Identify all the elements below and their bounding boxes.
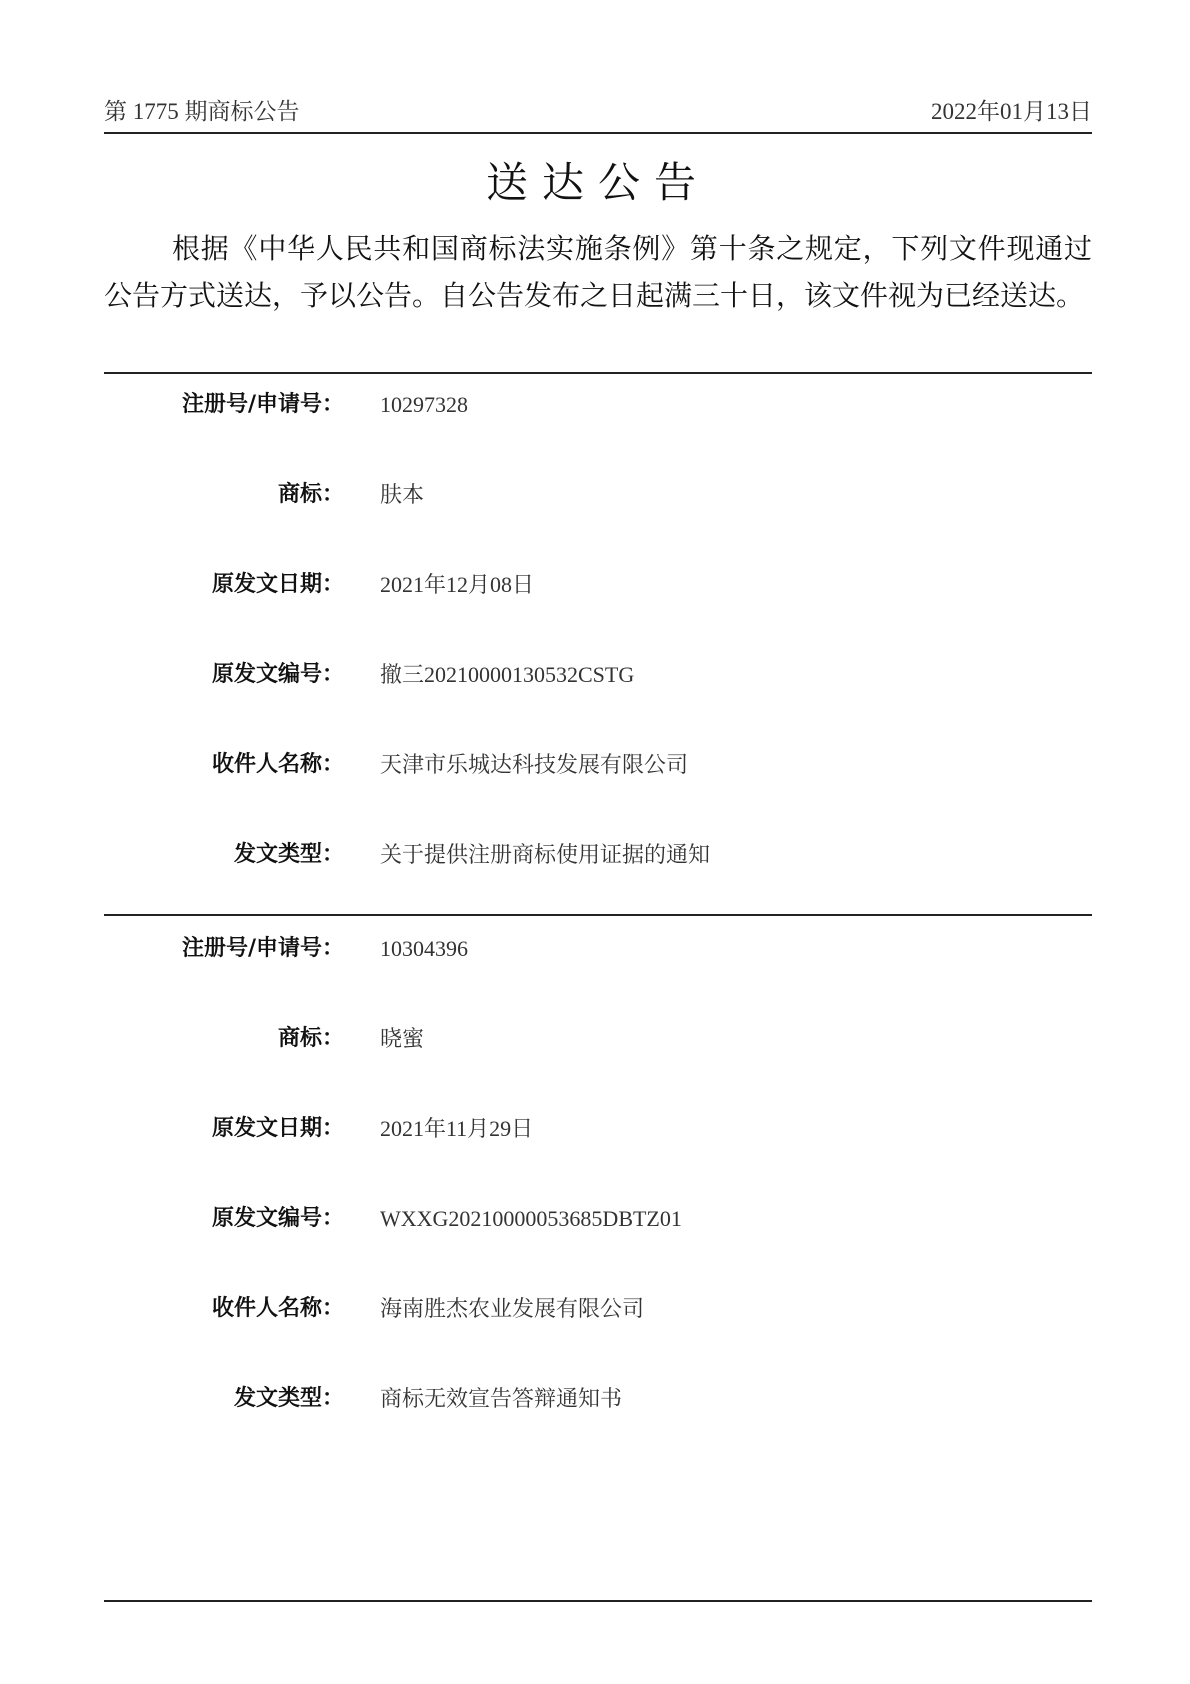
field-orig-no: 原发文编号： 撤三20210000130532CSTG [104,658,1092,748]
field-trademark: 商标： 晓蜜 [104,1022,1092,1112]
value-trademark: 肤本 [380,478,424,512]
value-recipient: 海南胜杰农业发展有限公司 [380,1292,644,1326]
value-recipient: 天津市乐城达科技发展有限公司 [380,748,688,782]
section-divider [104,914,1092,916]
label-orig-no: 原发文编号： [104,658,344,692]
field-orig-no: 原发文编号： WXXG20210000053685DBTZ01 [104,1202,1092,1292]
label-orig-date: 原发文日期： [104,568,344,602]
intro-paragraph: 根据《中华人民共和国商标法实施条例》第十条之规定，下列文件现通过公告方式送达，予… [104,225,1092,319]
record-2: 注册号/申请号： 10304396 商标： 晓蜜 原发文日期： 2021年11月… [104,932,1092,1472]
page-title: 送达公告 [104,150,1092,210]
value-trademark: 晓蜜 [380,1022,424,1056]
field-trademark: 商标： 肤本 [104,478,1092,568]
page-header: 第 1775 期商标公告 2022年01月13日 [104,92,1092,126]
label-reg-no: 注册号/申请号： [104,388,344,422]
label-recipient: 收件人名称： [104,748,344,782]
record-1: 注册号/申请号： 10297328 商标： 肤本 原发文日期： 2021年12月… [104,388,1092,928]
label-trademark: 商标： [104,1022,344,1056]
label-reg-no: 注册号/申请号： [104,932,344,966]
field-orig-date: 原发文日期： 2021年12月08日 [104,568,1092,658]
value-reg-no: 10304396 [380,932,468,966]
label-doc-type: 发文类型： [104,838,344,872]
header-divider [104,132,1092,134]
value-orig-date: 2021年12月08日 [380,568,534,602]
value-reg-no: 10297328 [380,388,468,422]
field-reg-no: 注册号/申请号： 10304396 [104,932,1092,1022]
document-page: 第 1775 期商标公告 2022年01月13日 送达公告 根据《中华人民共和国… [104,0,1092,1684]
field-reg-no: 注册号/申请号： 10297328 [104,388,1092,478]
field-doc-type: 发文类型： 商标无效宣告答辩通知书 [104,1382,1092,1472]
field-recipient: 收件人名称： 天津市乐城达科技发展有限公司 [104,748,1092,838]
value-orig-no: WXXG20210000053685DBTZ01 [380,1202,682,1236]
label-doc-type: 发文类型： [104,1382,344,1416]
footer-divider [104,1600,1092,1602]
section-divider [104,372,1092,374]
value-doc-type: 关于提供注册商标使用证据的通知 [380,838,710,872]
value-doc-type: 商标无效宣告答辩通知书 [380,1382,622,1416]
issue-number: 第 1775 期商标公告 [104,93,300,126]
label-trademark: 商标： [104,478,344,512]
label-orig-no: 原发文编号： [104,1202,344,1236]
field-orig-date: 原发文日期： 2021年11月29日 [104,1112,1092,1202]
value-orig-date: 2021年11月29日 [380,1112,533,1146]
field-recipient: 收件人名称： 海南胜杰农业发展有限公司 [104,1292,1092,1382]
value-orig-no: 撤三20210000130532CSTG [380,658,634,692]
label-recipient: 收件人名称： [104,1292,344,1326]
label-orig-date: 原发文日期： [104,1112,344,1146]
issue-date: 2022年01月13日 [931,93,1092,126]
